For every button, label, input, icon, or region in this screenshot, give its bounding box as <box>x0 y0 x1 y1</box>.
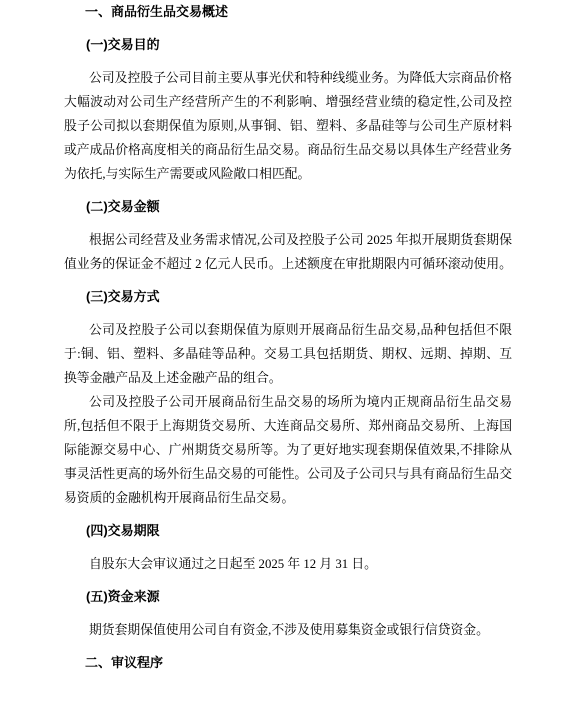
subsection-heading-trade-purpose: (一)交易目的 <box>64 33 512 57</box>
paragraph-trade-amount: 根据公司经营及业务需求情况,公司及控股子公司 2025 年拟开展期货套期保值业务… <box>64 228 512 276</box>
document-page: 一、商品衍生品交易概述 (一)交易目的 公司及控股子公司目前主要从事光伏和特种线… <box>0 0 577 723</box>
section-heading-review-procedure: 二、审议程序 <box>64 651 512 675</box>
section-heading-derivatives-overview: 一、商品衍生品交易概述 <box>64 0 512 24</box>
paragraph-trade-method-products: 公司及控股子公司以套期保值为原则开展商品衍生品交易,品种包括但不限于:铜、铝、塑… <box>64 318 512 390</box>
subsection-heading-trade-term: (四)交易期限 <box>64 519 512 543</box>
paragraph-trade-term: 自股东大会审议通过之日起至 2025 年 12 月 31 日。 <box>64 552 512 576</box>
subsection-heading-trade-amount: (二)交易金额 <box>64 195 512 219</box>
paragraph-trade-purpose: 公司及控股子公司目前主要从事光伏和特种线缆业务。为降低大宗商品价格大幅波动对公司… <box>64 66 512 186</box>
paragraph-fund-source: 期货套期保值使用公司自有资金,不涉及使用募集资金或银行信贷资金。 <box>64 618 512 642</box>
subsection-heading-trade-method: (三)交易方式 <box>64 285 512 309</box>
subsection-heading-fund-source: (五)资金来源 <box>64 585 512 609</box>
paragraph-trade-method-venues: 公司及控股子公司开展商品衍生品交易的场所为境内正规商品衍生品交易所,包括但不限于… <box>64 390 512 510</box>
